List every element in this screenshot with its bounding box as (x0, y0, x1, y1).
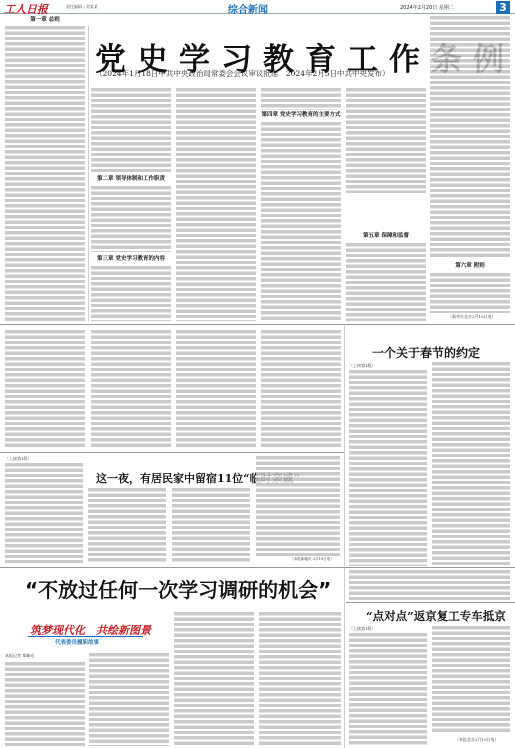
text-block (91, 186, 171, 252)
section-divider (0, 324, 515, 325)
research-article-column-4 (259, 612, 341, 746)
series-subtitle: 代表委员履职故事 (55, 638, 99, 646)
issue-date: 2024年2月20日 星期二 (400, 4, 454, 11)
research-article-title: “不放过任何一次学习调研的机会” (25, 574, 331, 603)
research-article-byline: 本报记者 郑峰光 (5, 653, 34, 659)
chapter-heading: 第四章 党史学习教育的主要方式 (258, 111, 344, 120)
spring-article-title: 一个关于春节的约定 (372, 344, 480, 361)
lead-article-column-4 (261, 122, 341, 321)
column-divider (344, 568, 345, 748)
editor-credit: 责任编辑 / 刘某某 (66, 4, 98, 10)
chapter-heading: 第二章 领导体制和工作职责 (91, 175, 171, 184)
night-article-column-3 (172, 488, 250, 563)
bus-article-column-1 (349, 633, 427, 746)
section-title: 综合新闻 (228, 1, 268, 16)
section-divider (346, 602, 515, 603)
section-divider (0, 452, 344, 453)
lead-article-column-3 (176, 88, 256, 321)
chapter-heading: 第一章 总则 (5, 16, 85, 25)
night-article-column-1 (5, 463, 83, 563)
text-block (91, 266, 171, 321)
bus-article-byline: （上接第1版） (349, 626, 376, 632)
night-article-column-4 (256, 456, 340, 556)
page-number-badge: 3 (496, 1, 510, 14)
continued-article-column-4 (261, 330, 341, 448)
lead-article-column-6 (430, 16, 510, 259)
research-article-column-3 (174, 612, 254, 746)
lead-article-column-1 (5, 26, 85, 321)
continued-article-column-1 (5, 330, 85, 448)
spring-article-byline: （上接第1版） (349, 363, 376, 369)
newspaper-logo: 工人日报 (4, 1, 48, 17)
chapter-heading: 第六章 附则 (430, 262, 510, 271)
continued-article-column-3 (176, 330, 256, 448)
section-divider (0, 567, 515, 568)
continued-article-column-2 (91, 330, 171, 448)
lead-article-column-5 (346, 88, 426, 193)
lead-article-subtitle: （2024年1月18日中共中央政治局常委会会议审议批准 2024年2月5日中共中… (95, 68, 410, 79)
bus-article-column-2 (432, 626, 510, 734)
research-article-column-2 (89, 653, 169, 746)
column-divider (88, 26, 89, 321)
text-block (430, 273, 510, 313)
night-article-column-2 (88, 488, 166, 563)
text-block (261, 88, 341, 110)
dateline: （本报北京2月19日电） (455, 737, 499, 743)
dateline: （新华社北京2月19日电） (448, 314, 496, 320)
dateline: （本报新疆讯 2月19日电） (290, 557, 334, 562)
spring-article-column-1 (349, 370, 427, 566)
text-block (346, 243, 426, 321)
continued-text-block (349, 570, 510, 600)
chapter-heading: 第三章 党史学习教育的内容 (91, 255, 171, 264)
night-article-byline: （上接第1版） (5, 456, 32, 462)
chapter-heading: 第五章 保障和监督 (346, 232, 426, 241)
banner-rule (28, 636, 143, 637)
spring-article-column-2 (432, 362, 510, 566)
bus-article-title: “点对点”返京复工专车抵京 (366, 608, 506, 624)
column-divider (344, 326, 345, 566)
research-article-column-1 (5, 662, 85, 746)
